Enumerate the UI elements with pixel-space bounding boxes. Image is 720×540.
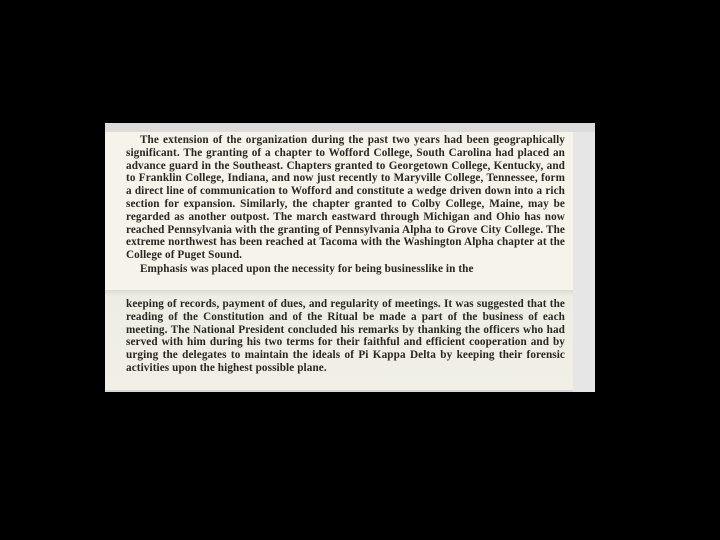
paragraph-emphasis-continued: keeping of records, payment of dues, and… <box>126 298 565 375</box>
scan-border-right <box>572 132 595 392</box>
scan-border-bottom <box>105 390 573 392</box>
lower-fragment: keeping of records, payment of dues, and… <box>105 290 573 390</box>
paragraph-emphasis-start: Emphasis was placed upon the necessity f… <box>126 263 565 276</box>
paragraph-extension: The extension of the organization during… <box>126 132 565 262</box>
upper-fragment: The extension of the organization during… <box>105 132 573 290</box>
scan-border-top <box>105 123 595 132</box>
document-clipping: The extension of the organization during… <box>105 123 595 392</box>
